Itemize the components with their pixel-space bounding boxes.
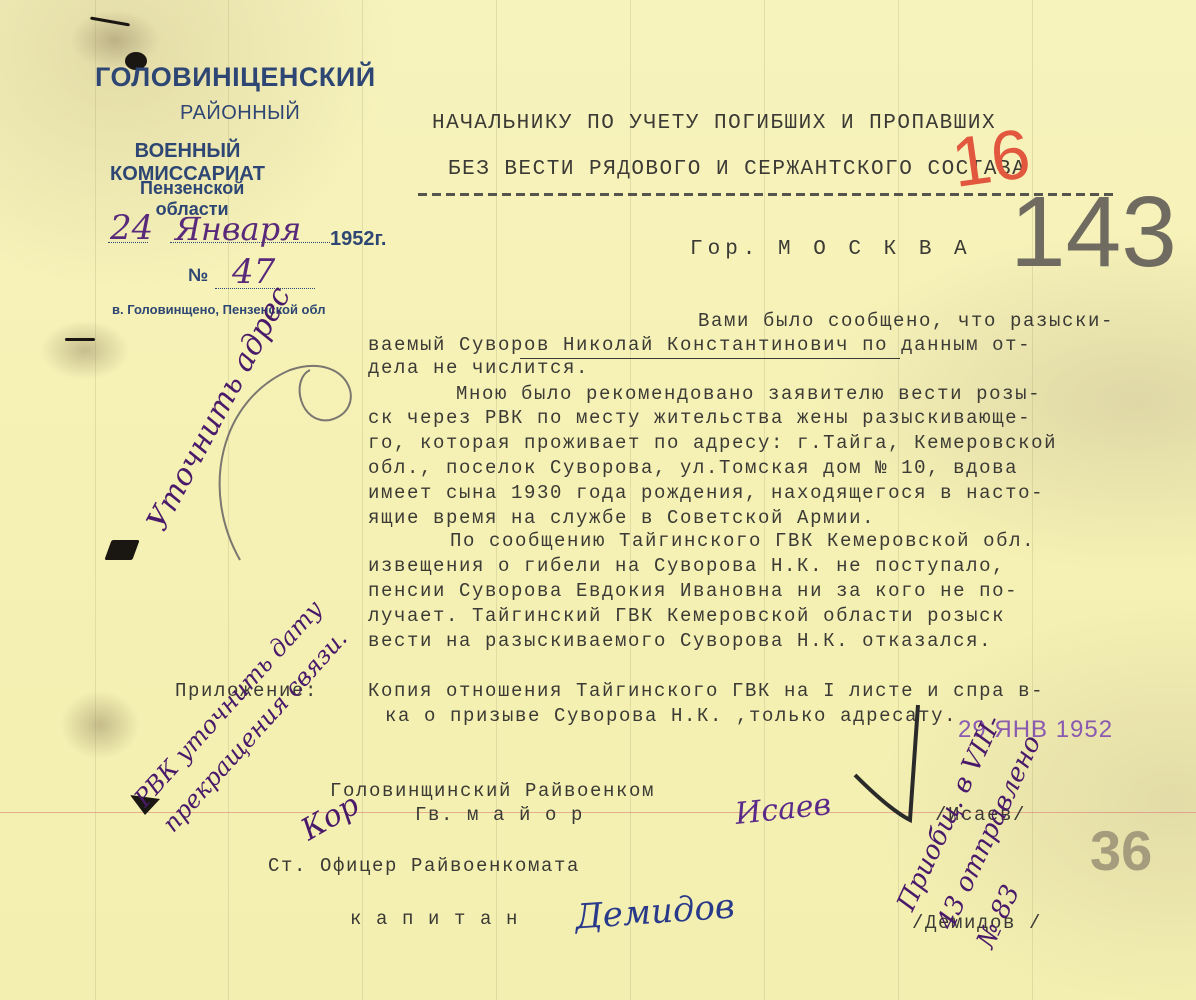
body-line: дела не числится.	[368, 357, 589, 379]
body-line: вести на разыскиваемого Суворова Н.К. от…	[368, 630, 992, 652]
body-line: ящие время на службе в Советской Армии.	[368, 507, 875, 529]
commissar-title: Головинщинский Райвоенком	[330, 780, 655, 802]
recipient-line-1: НАЧАЛЬНИКУ ПО УЧЕТУ ПОГИБШИХ И ПРОПАВШИХ	[432, 112, 996, 135]
commissar-rank: Гв. м а й о р	[415, 804, 584, 826]
stamp-number-label: №	[188, 265, 208, 286]
tear-mark	[65, 338, 95, 341]
body-line: лучает. Тайгинский ГВК Кемеровской облас…	[368, 605, 1005, 627]
commissar-signature: Исаев	[733, 787, 832, 832]
city: Гор. М О С К В А	[690, 238, 972, 261]
body-line: пенсии Суворова Евдокия Ивановна ни за к…	[368, 580, 1018, 602]
stamp-district: РАЙОННЫЙ	[180, 102, 300, 125]
stamp-year: 1952г.	[330, 228, 386, 251]
body-line: го, которая проживает по адресу: г.Тайга…	[368, 432, 1057, 454]
handwritten-month: Января	[175, 210, 301, 248]
pencil-circle-icon	[180, 360, 380, 570]
body-line: ск через РВК по месту жительства жены ра…	[368, 407, 1031, 429]
stamp-year-suffix: г.	[375, 228, 387, 250]
officer-rank: к а п и т а н	[350, 908, 519, 930]
stamp-year-value: 1952	[330, 228, 375, 250]
punch-hole	[104, 540, 139, 560]
attachment-line-1: Копия отношения Тайгинского ГВК на I лис…	[368, 680, 1044, 702]
pencil-page-number: 143	[1010, 175, 1177, 290]
ruling-line	[95, 0, 96, 1000]
officer-title: Ст. Офицер Райвоенкомата	[268, 855, 580, 877]
body-line: Мною было рекомендовано заявителю вести …	[456, 383, 1041, 405]
body-line: извещения о гибели на Суворова Н.К. не п…	[368, 555, 1005, 577]
body-line: обл., поселок Суворова, ул.Томская дом №…	[368, 457, 1018, 479]
officer-signature: Демидов	[574, 886, 736, 937]
document-page: ГОЛОВИНІЦЕНСКИЙ РАЙОННЫЙ ВОЕННЫЙ КОМИССА…	[0, 0, 1196, 1000]
body-line: Вами было сообщено, что разыски-	[698, 310, 1114, 332]
body-line: имеет сына 1930 года рождения, находящег…	[368, 482, 1044, 504]
body-line: По сообщению Тайгинского ГВК Кемеровской…	[450, 530, 1035, 552]
crease	[40, 320, 130, 380]
body-line: ваемый Суворов Николай Константинович по…	[368, 334, 1031, 356]
gray-stamp-number: 36	[1090, 818, 1152, 883]
handwritten-day: 24	[110, 208, 153, 248]
recipient-line-2: БЕЗ ВЕСТИ РЯДОВОГО И СЕРЖАНТСКОГО СОСТАВ…	[448, 158, 1026, 181]
stamp-org-name: ГОЛОВИНІЦЕНСКИЙ	[95, 62, 415, 93]
crease	[60, 690, 140, 760]
